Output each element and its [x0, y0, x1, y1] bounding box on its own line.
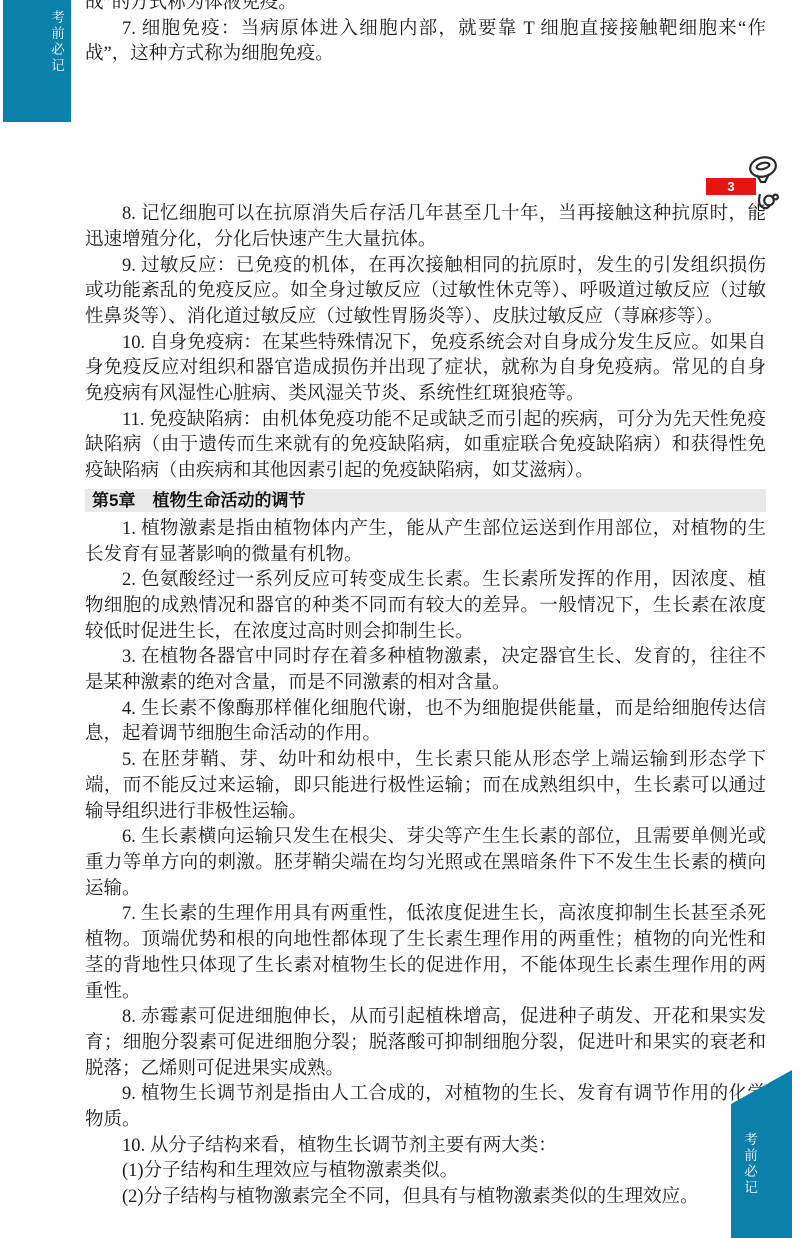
paragraph: 4. 生长素不像酶那样催化细胞代谢，也不为细胞提供能量，而是给细胞传达信息，起着…: [85, 697, 766, 748]
paragraph: 6. 生长素横向运输只发生在根尖、芽尖等产生生长素的部位，且需要单侧光或重力等单…: [85, 825, 766, 902]
paragraph: 1. 植物激素是指由植物体内产生，能从产生部位运送到作用部位，对植物的生长发育有…: [85, 517, 766, 568]
paragraph: 8. 记忆细胞可以在抗原消失后存活几年甚至几十年，当再接触这种抗原时，能迅速增殖…: [85, 202, 766, 253]
paragraph: (2)分子结构与植物激素完全不同，但具有与植物激素类似的生理效应。: [85, 1185, 766, 1211]
right-sidebar-label: 考前必记: [741, 1132, 758, 1196]
paragraph: 9. 过敏反应：已免疫的机体，在再次接触相同的抗原时，发生的引发组织损伤或功能紊…: [85, 254, 766, 331]
carryover-line: 战”的方式称为体液免疫。: [85, 0, 766, 17]
paragraph: 3. 在植物各器官中同时存在着多种植物激素，决定器官生长、发育的，往往不是某种激…: [85, 645, 766, 696]
paragraph: 7. 细胞免疫：当病原体进入细胞内部，就要靠 T 细胞直接接触靶细胞来“作战”，…: [85, 17, 766, 68]
paragraph: 8. 赤霉素可促进细胞伸长，从而引起植株增高，促进种子萌发、开花和果实发育；细胞…: [85, 1005, 766, 1082]
paragraph: 10. 从分子结构来看，植物生长调节剂主要有两大类：: [85, 1134, 766, 1160]
page-number-badge: 3: [706, 178, 756, 195]
chapter-heading: 第5章 植物生命活动的调节: [85, 489, 766, 512]
page-number: 3: [727, 179, 734, 194]
paragraph: 10. 自身免疫病：在某些特殊情况下，免疫系统会对自身成分发生反应。如果自身免疫…: [85, 331, 766, 408]
paragraph: 2. 色氨酸经过一系列反应可转变成生长素。生长素所发挥的作用，因浓度、植物细胞的…: [85, 568, 766, 645]
whitespace-gap: [85, 68, 766, 202]
left-sidebar-label: 考前必记: [48, 10, 65, 74]
paragraph: 7. 生长素的生理作用具有两重性，低浓度促进生长，高浓度抑制生长甚至杀死植物。顶…: [85, 902, 766, 1005]
left-sidebar-tab: 考前必记: [3, 0, 71, 122]
paragraph: 9. 植物生长调节剂是指由人工合成的，对植物的生长、发育有调节作用的化学物质。: [85, 1082, 766, 1133]
chapter-items: 1. 植物激素是指由植物体内产生，能从产生部位运送到作用部位，对植物的生长发育有…: [85, 517, 766, 1211]
paragraph: (1)分子结构和生理效应与植物激素类似。: [85, 1159, 766, 1185]
immunity-items-8-11: 8. 记忆细胞可以在抗原消失后存活几年甚至几十年，当再接触这种抗原时，能迅速增殖…: [85, 202, 766, 485]
paragraph: 11. 免疫缺陷病：由机体免疫功能不足或缺乏而引起的疾病，可分为先天性免疫缺陷病…: [85, 408, 766, 485]
chapter-heading-text: 第5章 植物生命活动的调节: [92, 491, 305, 510]
page-content: 战”的方式称为体液免疫。 7. 细胞免疫：当病原体进入细胞内部，就要靠 T 细胞…: [85, 0, 766, 1211]
immunity-item-7: 7. 细胞免疫：当病原体进入细胞内部，就要靠 T 细胞直接接触靶细胞来“作战”，…: [85, 17, 766, 68]
paragraph: 5. 在胚芽鞘、芽、幼叶和幼根中，生长素只能从形态学上端运输到形态学下端，而不能…: [85, 748, 766, 825]
document-page: 考前必记 3 战”的方式称为体液免疫。 7. 细胞免疫：当病原体进入细胞内部，就…: [0, 0, 800, 1238]
